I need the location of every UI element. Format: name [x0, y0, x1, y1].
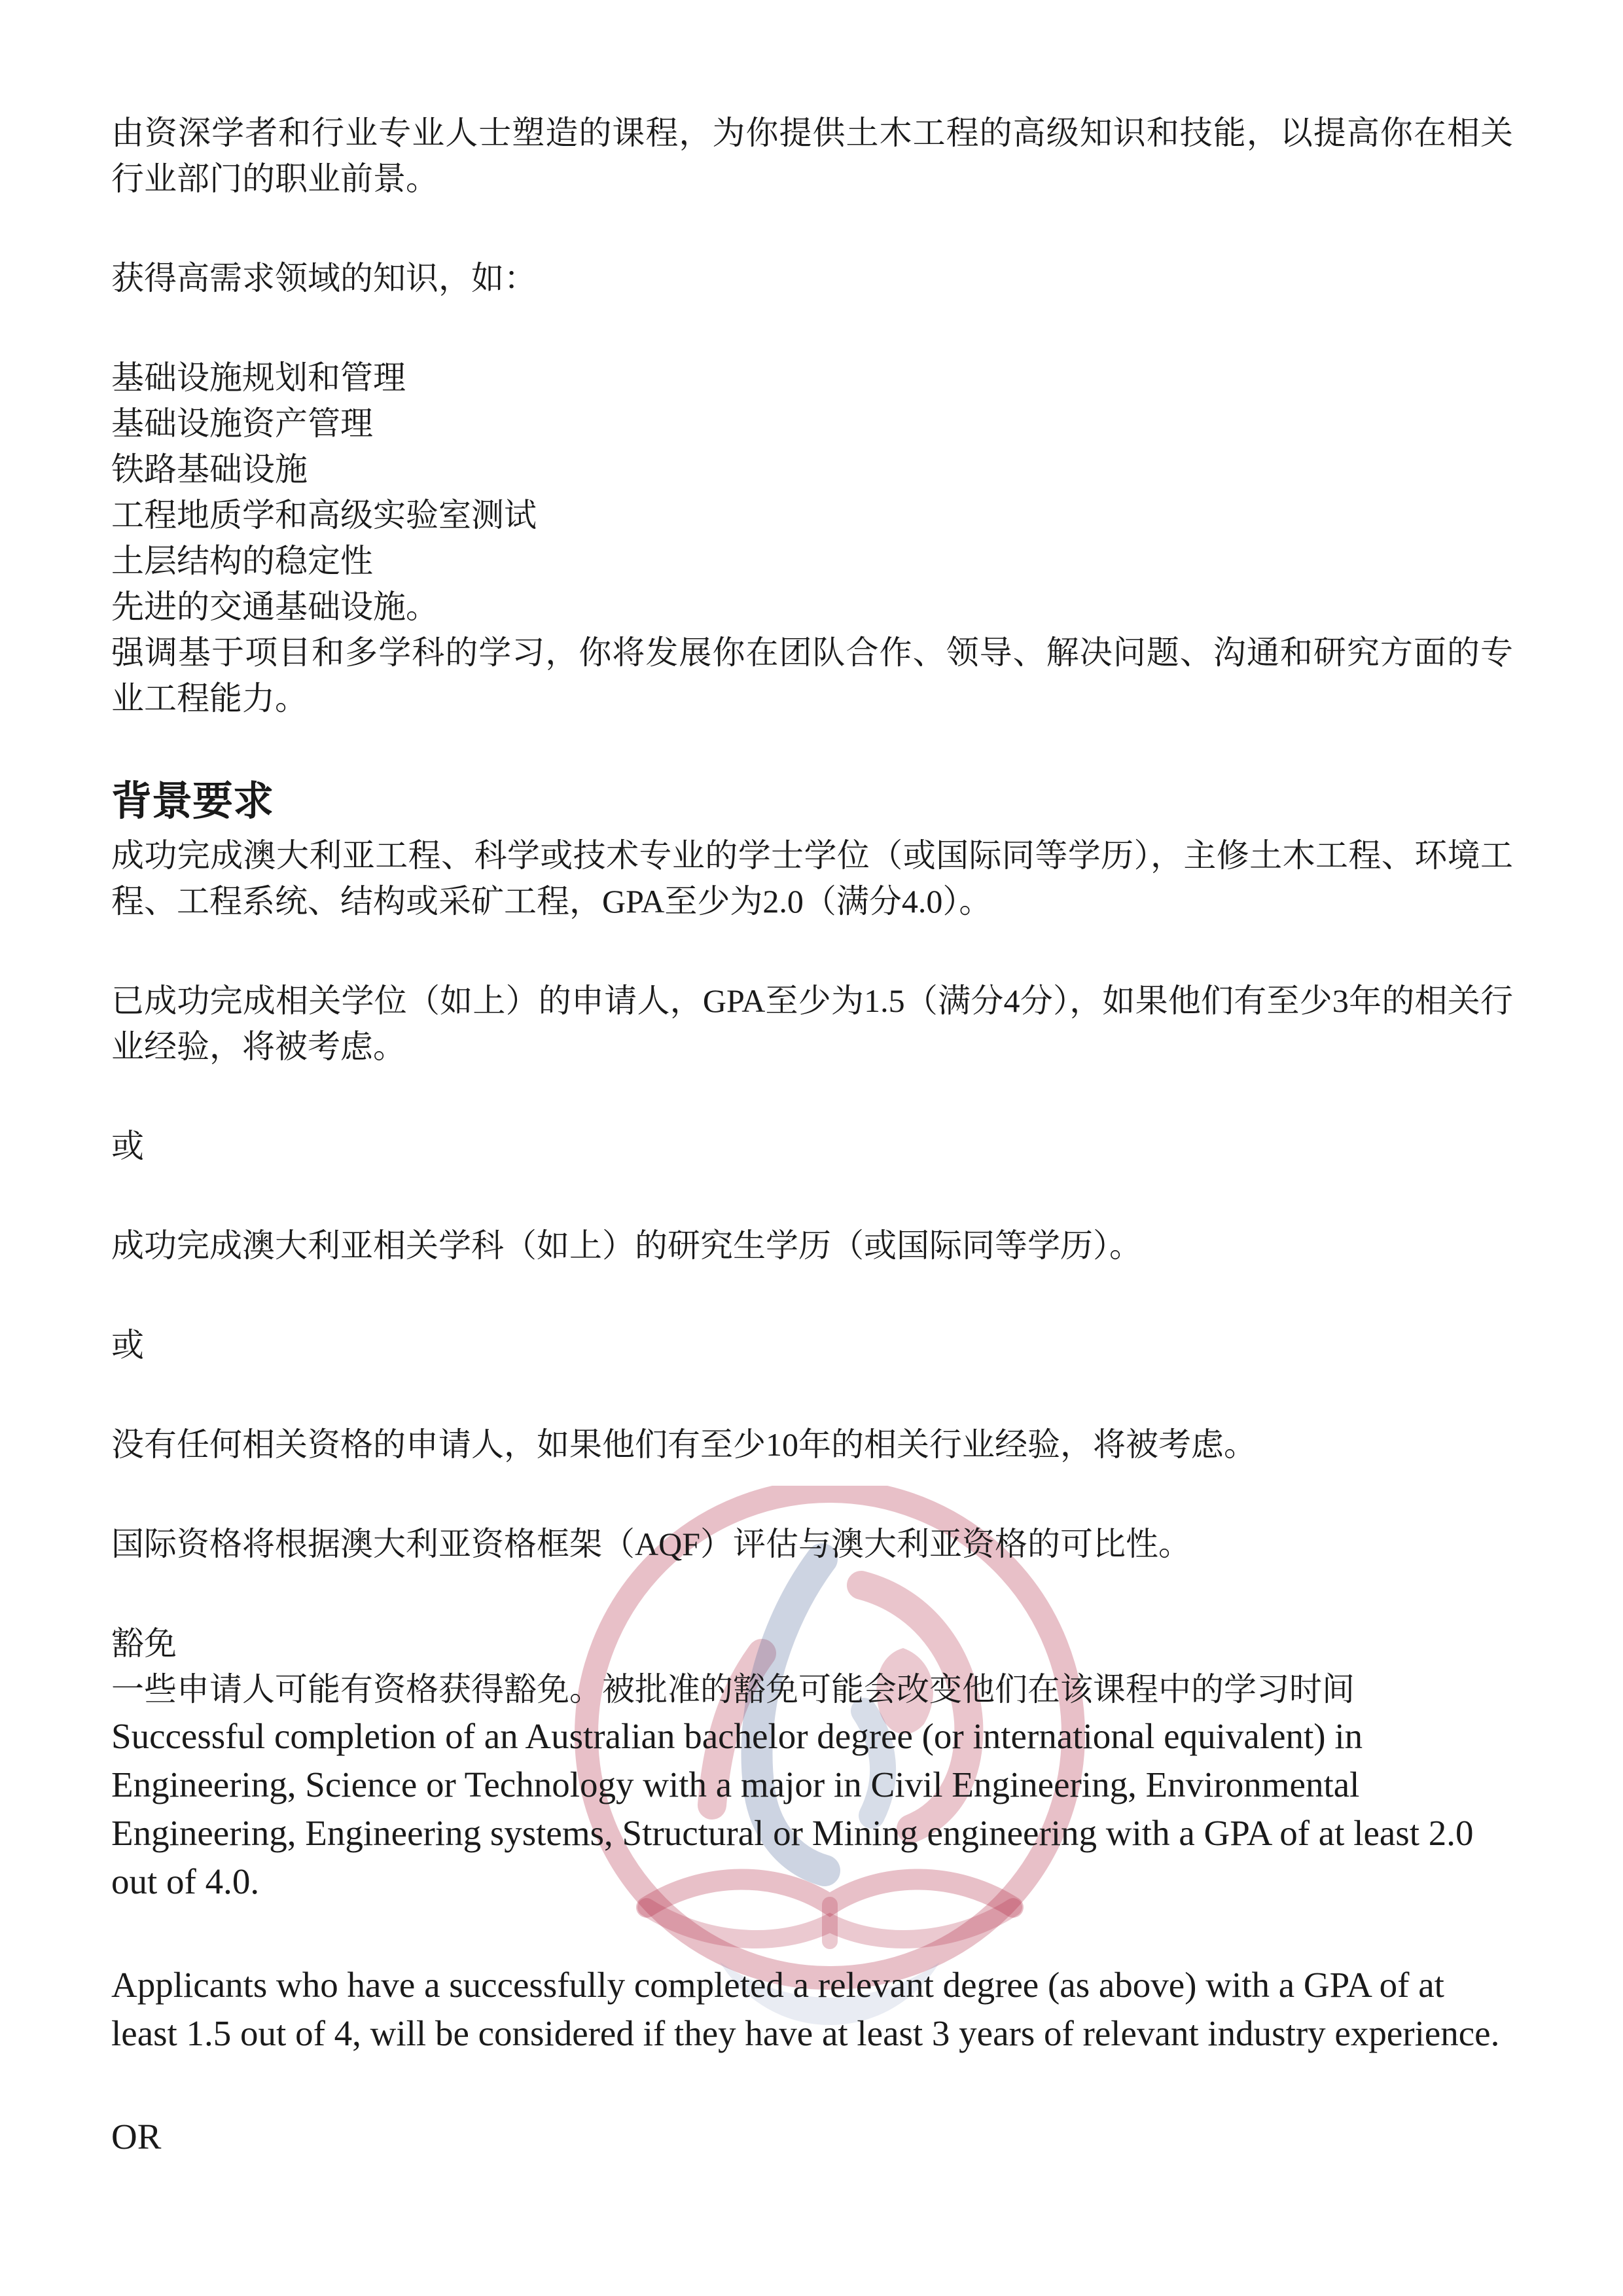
- postgrad-requirement-zh: 成功完成澳大利亚相关学科（如上）的研究生学历（或国际同等学历）。: [111, 1223, 1513, 1268]
- waiver-label: 豁免: [111, 1621, 1513, 1666]
- aqf-comparability-paragraph: 国际资格将根据澳大利亚资格框架（AQF）评估与澳大利亚资格的可比性。: [111, 1521, 1513, 1567]
- relevant-degree-requirement-zh: 已成功完成相关学位（如上）的申请人，GPA至少为1.5（满分4分），如果他们有至…: [111, 978, 1513, 1069]
- bachelor-requirement-zh: 成功完成澳大利亚工程、科学或技术专业的学士学位（或国际同等学历），主修土木工程、…: [111, 833, 1513, 924]
- bachelor-requirement-en: Successful completion of an Australian b…: [111, 1712, 1513, 1906]
- intro-paragraph: 由资深学者和行业专业人士塑造的课程，为你提供土木工程的高级知识和技能，以提高你在…: [111, 110, 1513, 202]
- list-item: 基础设施规划和管理: [111, 355, 1513, 401]
- or-separator-zh-2: 或: [111, 1322, 1513, 1368]
- list-item: 基础设施资产管理: [111, 401, 1513, 446]
- knowledge-areas-list: 基础设施规划和管理 基础设施资产管理 铁路基础设施 工程地质学和高级实验室测试 …: [111, 355, 1513, 630]
- waiver-paragraph: 一些申请人可能有资格获得豁免。被批准的豁免可能会改变他们在该课程中的学习时间: [111, 1666, 1513, 1712]
- list-item: 先进的交通基础设施。: [111, 584, 1513, 630]
- list-item: 土层结构的稳定性: [111, 538, 1513, 584]
- relevant-degree-requirement-en: Applicants who have a successfully compl…: [111, 1961, 1513, 2058]
- project-learning-paragraph: 强调基于项目和多学科的学习，你将发展你在团队合作、领导、解决问题、沟通和研究方面…: [111, 630, 1513, 721]
- list-item: 铁路基础设施: [111, 446, 1513, 492]
- document-body: 由资深学者和行业专业人士塑造的课程，为你提供土木工程的高级知识和技能，以提高你在…: [111, 110, 1513, 2161]
- section-heading-background-requirements: 背景要求: [111, 775, 1513, 829]
- knowledge-lead-in: 获得高需求领域的知识，如：: [111, 255, 1513, 301]
- no-qualification-requirement-zh: 没有任何相关资格的申请人，如果他们有至少10年的相关行业经验，将被考虑。: [111, 1422, 1513, 1467]
- document-page: 由资深学者和行业专业人士塑造的课程，为你提供土木工程的高级知识和技能，以提高你在…: [0, 0, 1623, 2296]
- list-item: 工程地质学和高级实验室测试: [111, 492, 1513, 538]
- or-separator-zh-1: 或: [111, 1123, 1513, 1169]
- or-separator-en: OR: [111, 2113, 1513, 2161]
